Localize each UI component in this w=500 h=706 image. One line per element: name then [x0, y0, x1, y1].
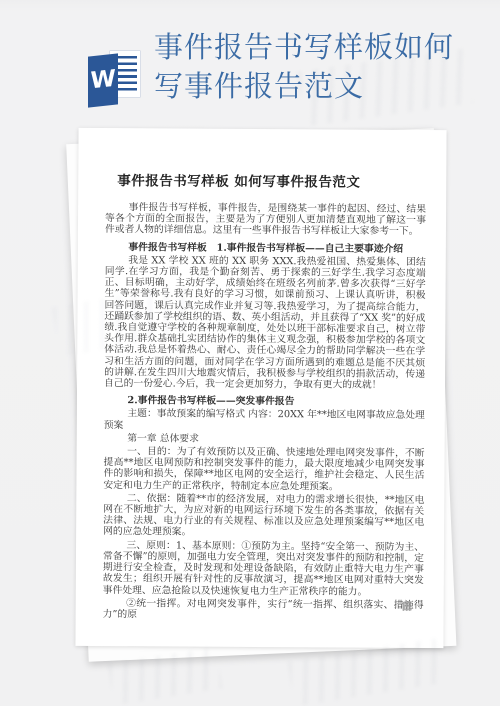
- page-title-line1: 事件报告书写样板如何: [154, 28, 484, 67]
- document-paragraphs: 事件报告书写样板，事件报告，是围绕某一事件的起因、经过、结果等各个方面的全面报告…: [103, 202, 427, 622]
- word-icon-letter: W: [90, 68, 115, 94]
- page-title-line2: 写事件报告范文: [154, 67, 484, 106]
- document-paragraph: 事件报告书写样板，事件报告，是围绕某一事件的起因、经过、结果等各个方面的全面报告…: [105, 202, 426, 238]
- document-paragraph: 2.事件报告书写样板——突发事件报告: [104, 395, 425, 408]
- document-paragraph: 事件报告书写样板 1.事件报告书写样板——自己主要事迹介绍: [105, 242, 426, 255]
- page-title: 事件报告书写样板如何 写事件报告范文: [154, 28, 484, 106]
- qr-code-mark: [403, 602, 412, 611]
- preview-background: W 事件报告书写样板如何 写事件报告范文 事件报告书写样板 如何写事件报告范文 …: [0, 0, 500, 706]
- document-title: 事件报告书写样板 如何写事件报告范文: [117, 174, 426, 191]
- document-paragraph: 三、原则：1、基本原则：①预防为主。坚持“安全第一、预防为主、常备不懈”的原则，…: [103, 540, 424, 598]
- document-paragraph: 第一章 总体要求: [104, 433, 425, 446]
- document-page: 事件报告书写样板 如何写事件报告范文 事件报告书写样板，事件报告，是围绕某一事件…: [75, 128, 446, 648]
- document-paragraph: 二、依据：随着**市的经济发展，对电力的需求增长很快，**地区电网在不断地扩大，…: [103, 493, 424, 540]
- document-paragraph: ②统一指挥。对电网突发事件，实行“统一指挥、组织落实、措施得力”的原: [103, 598, 424, 622]
- word-icon-cover: W: [88, 53, 118, 107]
- document-content: 事件报告书写样板 如何写事件报告范文 事件报告书写样板，事件报告，是围绕某一事件…: [75, 128, 446, 648]
- document-paragraph: 一、目的：为了有效预防以及正确、快速地处理电网突发事件，不断提高**地区电网预防…: [103, 446, 424, 493]
- document-paragraph: 我是 XX 学校 XX 班的 XX 职务 XXX.我热爱祖国、热爱集体、团结同学…: [104, 255, 426, 391]
- word-document-icon: W: [88, 48, 142, 110]
- document-paragraph: 主题：事故预案的编写格式 内容：20XX 年**地区电网事故应急处理预案: [104, 408, 425, 432]
